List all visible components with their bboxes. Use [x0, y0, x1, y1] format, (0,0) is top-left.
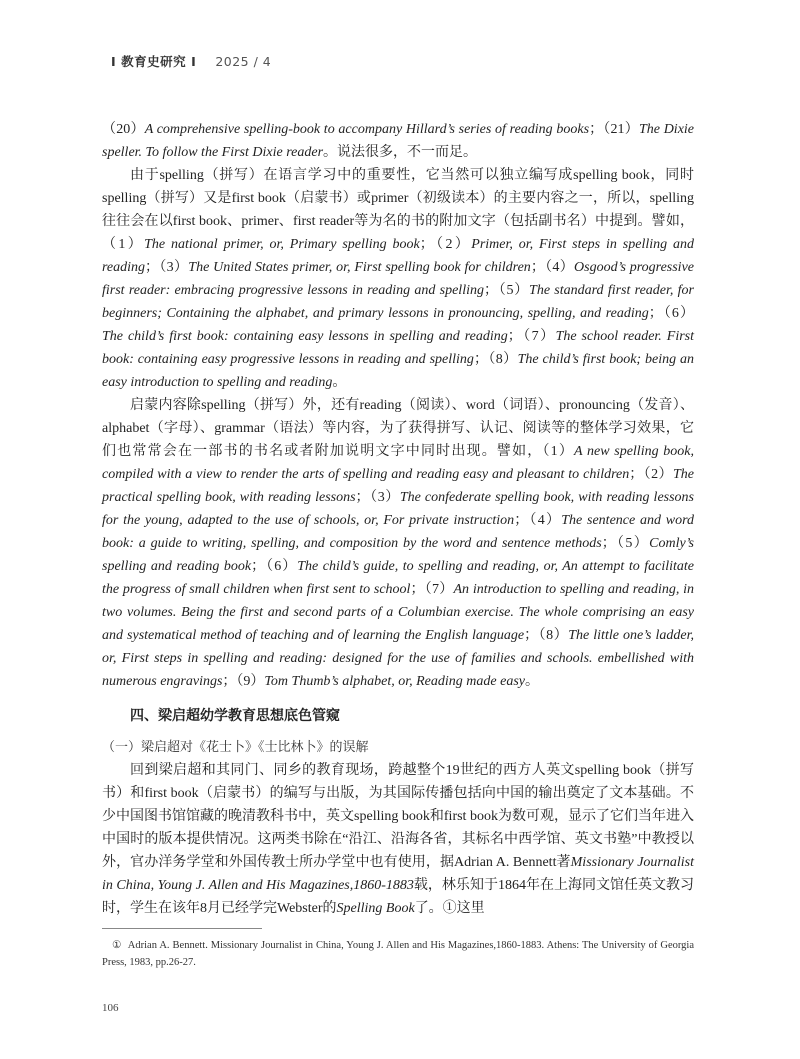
header-separator: I [191, 54, 196, 69]
page-number: 106 [102, 1002, 119, 1014]
text: 。说法很多，不一而足。 [323, 145, 477, 160]
text: ；（4） [514, 513, 561, 528]
text: ；（3） [145, 260, 188, 275]
book-title: The United States primer, or, First spel… [188, 260, 531, 275]
header-separator: I [111, 54, 116, 69]
text: ；（6） [251, 559, 297, 574]
text: ；（3） [356, 490, 400, 505]
text: 。 [332, 375, 346, 390]
book-title: The national primer, or, Primary spellin… [144, 237, 420, 252]
running-header: I教育史研究I2025 / 4 [106, 52, 271, 70]
text: ；（5） [602, 536, 649, 551]
footnote-divider [102, 928, 262, 929]
text: ；（6） [649, 306, 694, 321]
text: ；（21） [589, 122, 639, 137]
text: 了。①这里 [415, 901, 485, 916]
text: ；（5） [484, 283, 529, 298]
text: ；（8） [474, 352, 518, 367]
book-title: Spelling Book [337, 901, 415, 916]
text: ；（7） [508, 329, 556, 344]
journal-title: 教育史研究 [121, 54, 186, 69]
text: ；（2） [629, 467, 673, 482]
book-title: A comprehensive spelling-book to accompa… [145, 122, 589, 137]
subsection-heading: （一）梁启超对《花士卜》《士比林卜》的误解 [102, 736, 694, 759]
footnote-mark: ① [112, 940, 122, 951]
text: ；（2） [420, 237, 472, 252]
book-title: Tom Thumb’s alphabet, or, Reading made e… [264, 674, 525, 689]
text: ；（7） [410, 582, 453, 597]
issue-number: 2025 / 4 [215, 54, 271, 69]
text: ；（4） [531, 260, 574, 275]
paragraph-2: 由于spelling（拼写）在语言学习中的重要性，它当然可以独立编写成spell… [102, 164, 694, 394]
book-title: The child’s first book: containing easy … [102, 329, 508, 344]
footnote-text: Adrian A. Bennett. Missionary Journalist… [102, 940, 694, 968]
paragraph-4: 回到梁启超和其同门、同乡的教育现场，跨越整个19世纪的西方人英文spelling… [102, 759, 694, 920]
paragraph-1: （20）A comprehensive spelling-book to acc… [102, 118, 694, 164]
paragraph-3: 启蒙内容除spelling（拼写）外，还有reading（阅读）、word（词语… [102, 394, 694, 693]
footnote: ①Adrian A. Bennett. Missionary Journalis… [102, 937, 694, 971]
text: ；（9） [222, 674, 264, 689]
text: ；（8） [524, 628, 568, 643]
text: 回到梁启超和其同门、同乡的教育现场，跨越整个19世纪的西方人英文spelling… [102, 763, 694, 870]
text: （20） [102, 122, 145, 137]
article-body: （20）A comprehensive spelling-book to acc… [102, 118, 694, 920]
section-heading: 四、梁启超幼学教育思想底色管窥 [130, 705, 694, 728]
text: 。 [525, 674, 539, 689]
